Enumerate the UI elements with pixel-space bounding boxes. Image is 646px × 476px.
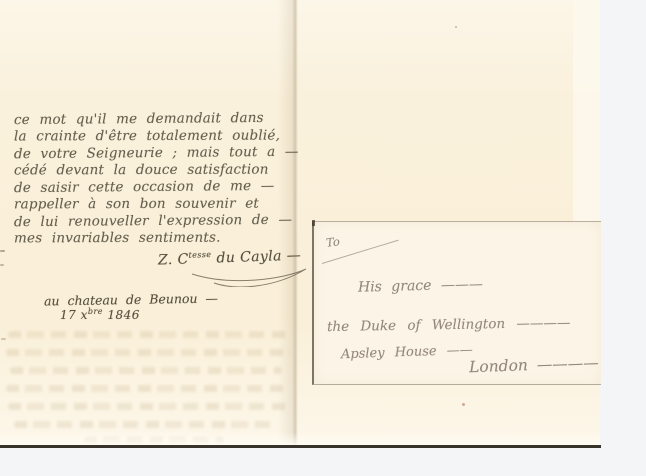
signature-flourish — [190, 267, 312, 287]
bleedthrough-line — [6, 349, 290, 356]
envelope-address-house: Apsley House —— — [341, 344, 473, 362]
letter-sheet: ce mot qu'il me demandait dans la craint… — [0, 0, 600, 446]
signature-initial: Z. C — [158, 251, 189, 268]
bleedthrough-line — [8, 331, 288, 338]
letter-line: de lui renouveller l'expression de — — [14, 213, 292, 230]
page-edge-strip — [573, 0, 600, 223]
letter-line: de saisir cette occasion de me — — [14, 179, 275, 195]
date-superscript: bre — [88, 307, 103, 316]
letter-line: ce mot qu'il me demandait dans — [14, 111, 264, 127]
envelope-to-label: To — [325, 235, 340, 248]
letter-line: rappeller à son bon souvenir et — [14, 197, 259, 212]
letter-line: la crainte d'être totalement oublié, — [14, 129, 280, 144]
bleedthrough-line — [6, 385, 284, 392]
bleedthrough-line — [14, 421, 272, 428]
paper-bottom-fade — [0, 432, 600, 445]
paper-edge-mark — [0, 250, 5, 252]
paper-edge-mark — [1, 338, 6, 340]
signature-superscript: tesse — [188, 250, 211, 260]
date-year: 1846 — [103, 308, 140, 322]
signature-name: du Cayla — — [211, 248, 301, 267]
paper-speck — [455, 26, 457, 28]
letter-line: de votre Seigneurie ; mais tout a — — [14, 145, 299, 162]
envelope: To His grace ——— the Duke of Wellington … — [312, 221, 601, 385]
paper-speck — [462, 403, 465, 406]
bleedthrough-line — [8, 403, 290, 410]
date-day: 17 x — [60, 308, 88, 322]
letter-line: cédé devant la douce satisfaction — [14, 163, 269, 178]
scanned-letter-view: ce mot qu'il me demandait dans la craint… — [0, 0, 646, 476]
bleedthrough-line — [10, 367, 282, 374]
envelope-recipient-honorific: His grace ——— — [358, 277, 483, 295]
date-line: 17 xbre 1846 — [60, 309, 140, 322]
place-line: au chateau de Beunou — — [44, 291, 218, 307]
letter-line: mes invariables sentiments. — [14, 231, 221, 246]
envelope-address-city: London ———— — [469, 355, 599, 376]
scan-bottom-edge-line — [0, 445, 601, 448]
envelope-recipient-name: the Duke of Wellington ———— — [327, 316, 571, 334]
paper-edge-mark — [0, 264, 4, 266]
